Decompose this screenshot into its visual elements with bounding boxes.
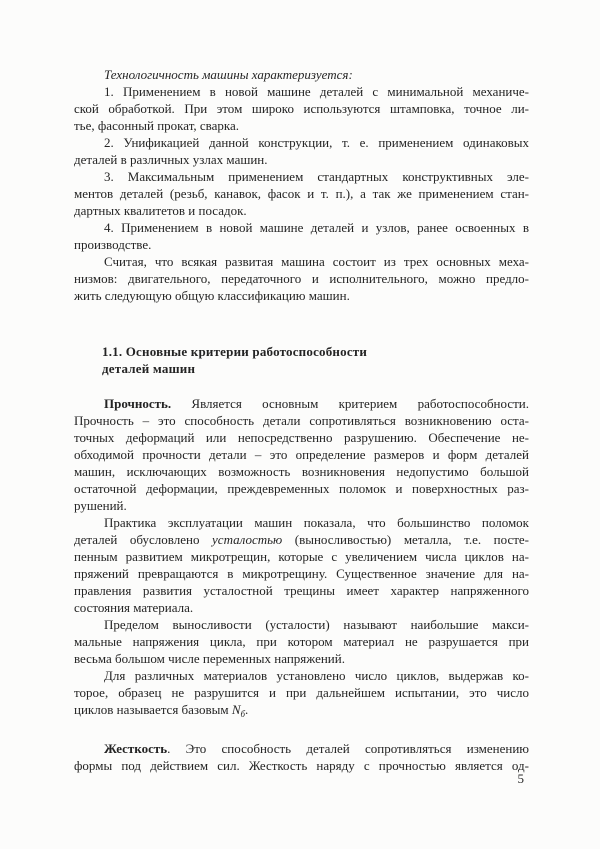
text-line: состояния материала.	[74, 599, 529, 616]
text-line: торое, образец не разрушится и при дальн…	[74, 684, 529, 701]
paragraph: Считая, что всякая развитая машина состо…	[74, 253, 529, 304]
text-line: Считая, что всякая развитая машина состо…	[74, 253, 529, 270]
text-line: ской обработкой. При этом широко использ…	[74, 100, 529, 117]
text-line: циклов называется базовым Nб.	[74, 701, 529, 723]
paragraph: 4. Применением в новой машине деталей и …	[74, 219, 529, 253]
text-line: 1. Применением в новой машине деталей с …	[74, 83, 529, 100]
text-line: 2. Унификацией данной конструкции, т. е.…	[74, 134, 529, 151]
section-heading: 1.1. Основные критерии работоспособности…	[74, 343, 529, 377]
text-line: пряжений превращаются в микротрещину. Су…	[74, 565, 529, 582]
paragraph: Жесткость. Это способность деталей сопро…	[74, 740, 529, 774]
text-line: формы под действием сил. Жесткость наряд…	[74, 757, 529, 774]
text-line: Технологичность машины характеризуется:	[74, 66, 529, 83]
text-line: тье, фасонный прокат, сварка.	[74, 117, 529, 134]
text-line: Жесткость. Это способность деталей сопро…	[74, 740, 529, 757]
text-line: деталей машин	[74, 360, 529, 377]
text-line: правления развития усталостной трещины и…	[74, 582, 529, 599]
document-page: Технологичность машины характеризуется:1…	[0, 0, 600, 849]
text-line: весьма большом числе переменных напряжен…	[74, 650, 529, 667]
paragraph: 2. Унификацией данной конструкции, т. е.…	[74, 134, 529, 168]
paragraph: Прочность. Является основным критерием р…	[74, 395, 529, 514]
text-line: 3. Максимальным применением стандартных …	[74, 168, 529, 185]
text-line: рушений.	[74, 497, 529, 514]
text-line: 1.1. Основные критерии работоспособности	[74, 343, 529, 360]
text-line: Прочность. Является основным критерием р…	[74, 395, 529, 412]
text-line: пенным развитием микротрещин, которые с …	[74, 548, 529, 565]
page-number: 5	[518, 771, 525, 787]
text-line: низмов: двигательного, передаточного и и…	[74, 270, 529, 287]
text-line: деталей обусловлено усталостью (вынослив…	[74, 531, 529, 548]
paragraph: 1. Применением в новой машине деталей с …	[74, 83, 529, 134]
paragraph: Для различных материалов установлено чис…	[74, 667, 529, 723]
text-line: деталей в различных узлах машин.	[74, 151, 529, 168]
text-line: производстве.	[74, 236, 529, 253]
text-line: машин, исключающих возможность возникнов…	[74, 463, 529, 480]
text-line: Практика эксплуатации машин показала, чт…	[74, 514, 529, 531]
text-line: Для различных материалов установлено чис…	[74, 667, 529, 684]
text-line: дартных квалитетов и посадок.	[74, 202, 529, 219]
text-line: ментов деталей (резьб, канавок, фасок и …	[74, 185, 529, 202]
text-line: 4. Применением в новой машине деталей и …	[74, 219, 529, 236]
text-line: Пределом выносливости (усталости) называ…	[74, 616, 529, 633]
paragraph: 3. Максимальным применением стандартных …	[74, 168, 529, 219]
text-line: точных деформаций или непосредственно ра…	[74, 429, 529, 446]
text-line: остаточной деформации, преждевременных п…	[74, 480, 529, 497]
paragraph: Пределом выносливости (усталости) называ…	[74, 616, 529, 667]
text-line: жить следующую общую классификацию машин…	[74, 287, 529, 304]
text-line: Прочность – это способность детали сопро…	[74, 412, 529, 429]
text-line: мальные напряжения цикла, при котором ма…	[74, 633, 529, 650]
text-line: обходимой прочности детали – это определ…	[74, 446, 529, 463]
paragraph: Практика эксплуатации машин показала, чт…	[74, 514, 529, 616]
paragraph: Технологичность машины характеризуется:	[74, 66, 529, 83]
document-body: Технологичность машины характеризуется:1…	[74, 66, 529, 774]
